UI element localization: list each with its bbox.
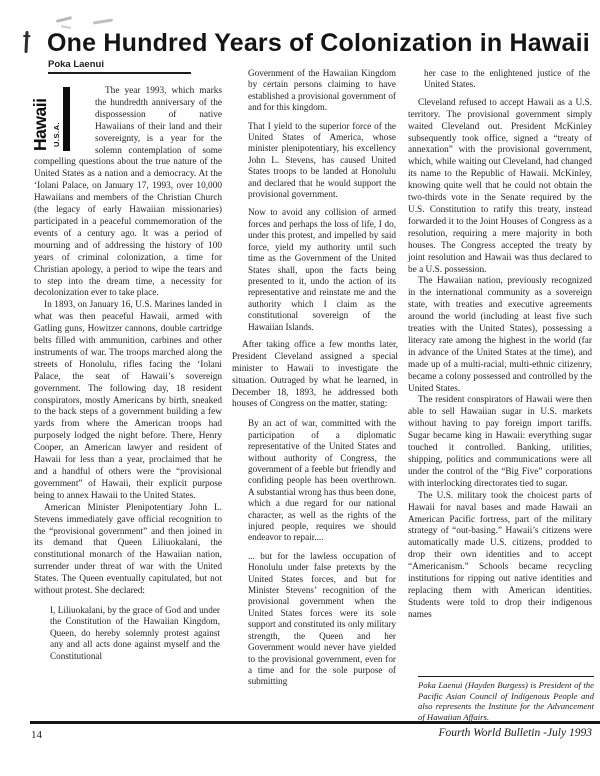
column-2: Government of the Hawaiian Kingdom by ce… (232, 66, 398, 722)
blockquote-paragraph: Now to avoid any collision of armed forc… (248, 207, 396, 332)
author-footnote: Poka Laenui (Hayden Burgess) is Presiden… (418, 676, 594, 722)
pencil-smudge (56, 16, 72, 23)
blockquote-paragraph: Government of the Hawaiian Kingdom by ce… (248, 68, 396, 114)
blockquote-paragraph: her case to the enlightened justice of t… (424, 68, 590, 91)
blockquote-paragraph: By an act of war, committed with the par… (248, 418, 396, 543)
article-paragraph: In 1893, on January 16, U.S. Marines lan… (34, 300, 222, 502)
region-label: Hawaii U.S.A. (32, 87, 89, 147)
article-columns: Hawaii U.S.A. The year 1993, which marks… (34, 66, 592, 722)
journal-footer: Fourth World Bulletin -July 1993 (438, 727, 592, 739)
region-label-hawaii: Hawaii (32, 87, 50, 151)
article-paragraph: After taking office a few months later, … (232, 340, 398, 411)
region-label-bar (63, 87, 70, 151)
blockquote-paragraph: I, Liliuokalani, by the grace of God and… (50, 605, 220, 662)
article-paragraph: The U.S. military took the choicest part… (408, 491, 592, 622)
pen-mark (24, 31, 28, 53)
footer-rule (30, 721, 600, 724)
blockquote-paragraph: That I yield to the superior force of th… (248, 121, 396, 201)
article-paragraph: American Minister Plenipotentiary John L… (34, 503, 222, 598)
column-1: Hawaii U.S.A. The year 1993, which marks… (34, 66, 222, 722)
article-paragraph: Cleveland refused to accept Hawaii as a … (408, 98, 592, 277)
column-3: her case to the enlightened justice of t… (408, 66, 592, 722)
article-paragraph: The Hawaiian nation, previously recogniz… (408, 276, 592, 395)
pencil-smudge (93, 18, 113, 24)
region-label-usa: U.S.A. (53, 113, 61, 147)
blockquote-paragraph: ... but for the lawless occupation of Ho… (248, 551, 396, 688)
article-title: One Hundred Years of Colonization in Haw… (47, 29, 592, 58)
scanned-article-page: One Hundred Years of Colonization in Haw… (0, 0, 600, 776)
article-paragraph: The resident conspirators of Hawaii were… (408, 395, 592, 490)
page-number: 14 (31, 729, 42, 741)
